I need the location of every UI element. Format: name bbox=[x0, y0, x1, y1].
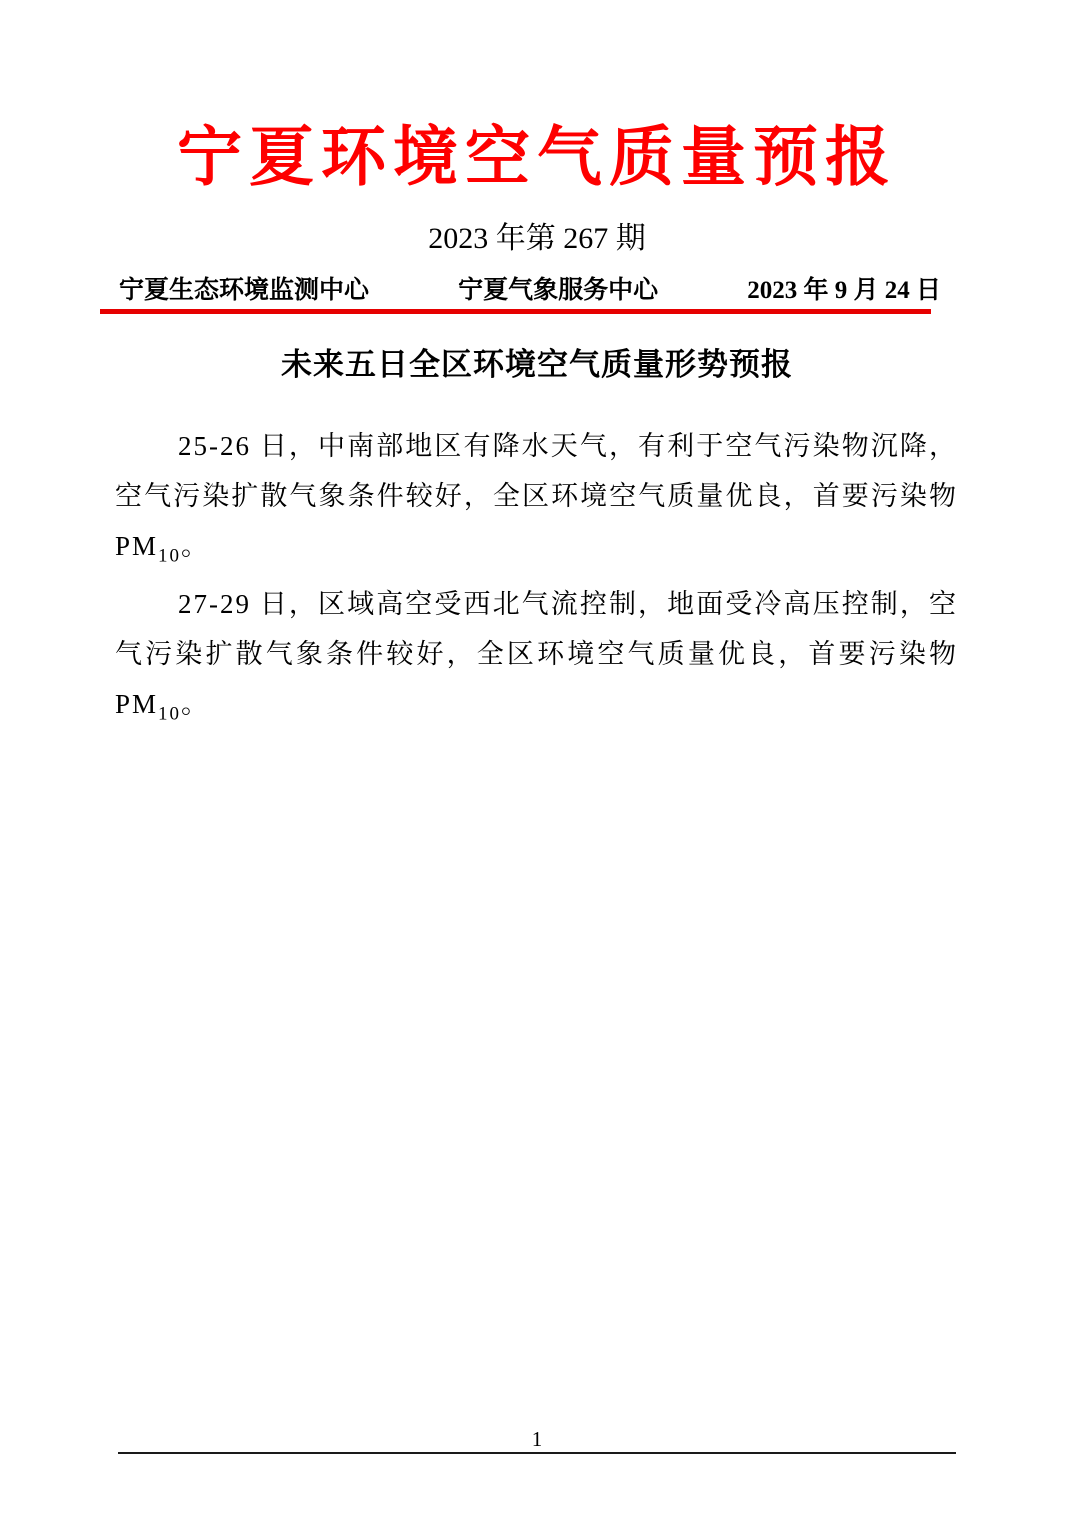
masthead-divider bbox=[100, 309, 931, 314]
page-number: 1 bbox=[0, 1426, 1074, 1452]
pollutant-label: PM bbox=[115, 531, 158, 561]
issue-date: 2023 年 9 月 24 日 bbox=[747, 274, 941, 308]
paragraph-line: 气污染扩散气象条件较好，全区环境空气质量优良，首要污染物 bbox=[115, 629, 958, 679]
paragraph-line: 27-29 日，区域高空受西北气流控制，地面受冷高压控制，空 bbox=[115, 579, 958, 629]
sentence-period: 。 bbox=[181, 531, 210, 561]
footer-divider bbox=[118, 1452, 956, 1454]
paragraph-line: PM10。 bbox=[115, 679, 958, 729]
pollutant-subscript: 10 bbox=[158, 545, 181, 566]
org-left: 宁夏生态环境监测中心 bbox=[119, 274, 369, 308]
sentence-period: 。 bbox=[181, 689, 210, 719]
org-center: 宁夏气象服务中心 bbox=[458, 274, 658, 308]
paragraph-line: 空气污染扩散气象条件较好，全区环境空气质量优良，首要污染物 bbox=[115, 471, 958, 521]
paragraph-line: 25-26 日，中南部地区有降水天气，有利于空气污染物沉降， bbox=[115, 421, 958, 471]
document-page: 宁夏环境空气质量预报 2023 年第 267 期 宁夏生态环境监测中心 宁夏气象… bbox=[0, 0, 1074, 1520]
forecast-body: 25-26 日，中南部地区有降水天气，有利于空气污染物沉降， 空气污染扩散气象条… bbox=[115, 421, 958, 737]
issue-number: 2023 年第 267 期 bbox=[0, 219, 1074, 259]
document-title: 宁夏环境空气质量预报 bbox=[0, 116, 1074, 201]
section-heading: 未来五日全区环境空气质量形势预报 bbox=[0, 344, 1074, 386]
masthead-row: 宁夏生态环境监测中心 宁夏气象服务中心 2023 年 9 月 24 日 bbox=[119, 274, 941, 308]
paragraph-line: PM10。 bbox=[115, 521, 958, 571]
pollutant-subscript: 10 bbox=[158, 703, 181, 724]
forecast-paragraph-1: 25-26 日，中南部地区有降水天气，有利于空气污染物沉降， 空气污染扩散气象条… bbox=[115, 421, 958, 571]
forecast-paragraph-2: 27-29 日，区域高空受西北气流控制，地面受冷高压控制，空 气污染扩散气象条件… bbox=[115, 579, 958, 729]
pollutant-label: PM bbox=[115, 689, 158, 719]
